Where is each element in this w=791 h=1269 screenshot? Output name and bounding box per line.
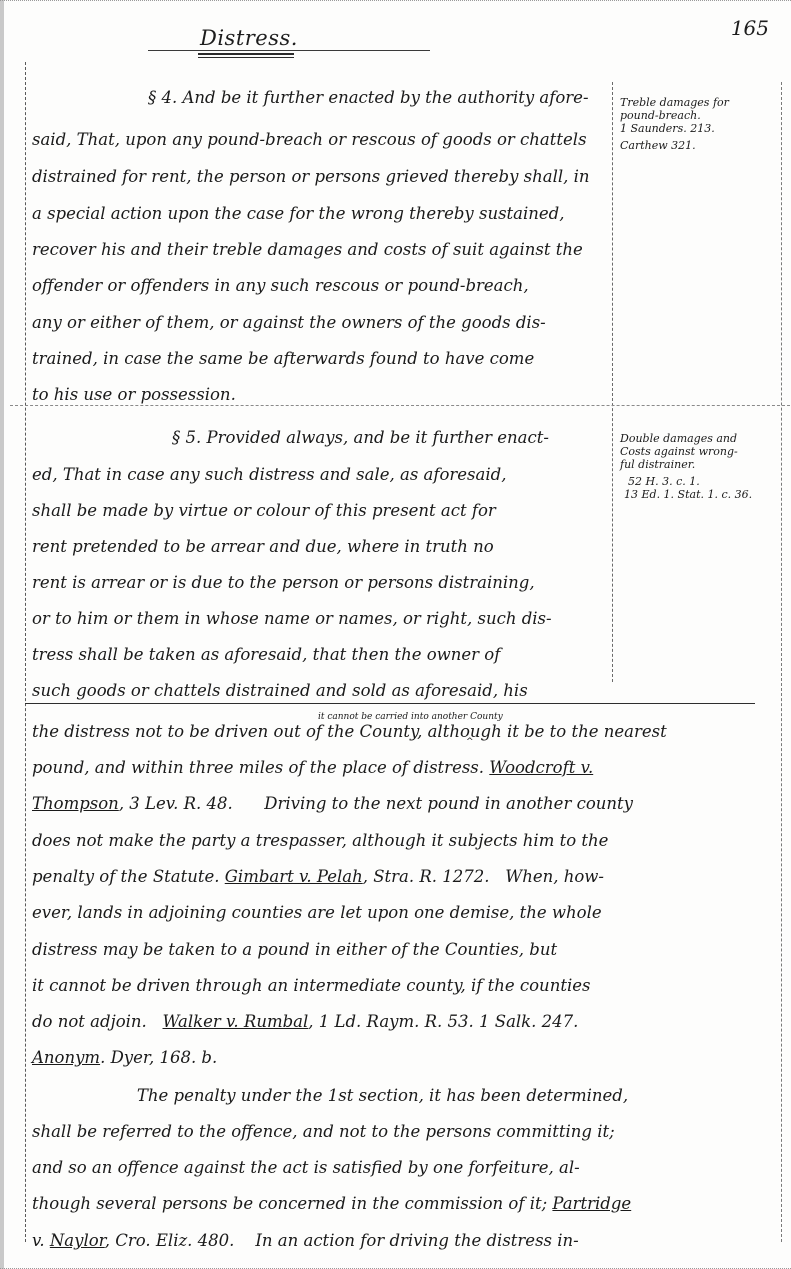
commentary-line: v. Naylor, Cro. Eliz. 480. In an action … bbox=[32, 1231, 579, 1250]
section-4-line: trained, in case the same be afterwards … bbox=[32, 349, 534, 368]
commentary-line: does not make the party a trespasser, al… bbox=[32, 831, 608, 850]
text-run: ever, lands in adjoining counties are le… bbox=[32, 903, 602, 922]
commentary-line: the distress not to be driven out of the… bbox=[32, 722, 667, 741]
commentary-line: penalty of the Statute. Gimbart v. Pelah… bbox=[32, 867, 604, 886]
section-5-line: such goods or chattels distrained and so… bbox=[32, 681, 528, 700]
page-number: 165 bbox=[731, 16, 769, 40]
text-run: it cannot be driven through an intermedi… bbox=[32, 976, 590, 995]
section-4-line: to his use or possession. bbox=[32, 385, 236, 404]
section-5-line: or to him or them in whose name or names… bbox=[32, 609, 552, 628]
commentary-line: Thompson, 3 Lev. R. 48. Driving to the n… bbox=[32, 794, 633, 813]
margin-note-section-4: Treble damages for pound-breach. 1 Saund… bbox=[620, 96, 729, 152]
commentary-separator bbox=[25, 703, 755, 704]
scan-edge-left bbox=[0, 0, 4, 1269]
section-5-line: rent is arrear or is due to the person o… bbox=[32, 573, 535, 592]
section-4-line: § 4. And be it further enacted by the au… bbox=[148, 88, 589, 107]
margin-note-line: Costs against wrong- bbox=[620, 445, 752, 458]
text-run: does not make the party a trespasser, al… bbox=[32, 831, 608, 850]
section-5-line: rent pretended to be arrear and due, whe… bbox=[32, 537, 494, 556]
section-4-line: distrained for rent, the person or perso… bbox=[32, 167, 590, 186]
title-underline bbox=[198, 53, 294, 58]
commentary-line: pound, and within three miles of the pla… bbox=[32, 758, 593, 777]
scan-edge-bottom bbox=[0, 1265, 791, 1269]
commentary-line: Anonym. Dyer, 168. b. bbox=[32, 1048, 217, 1067]
case-citation: Walker v. Rumbal bbox=[163, 1012, 309, 1031]
margin-note-line: Treble damages for bbox=[620, 96, 729, 109]
section-separator bbox=[10, 405, 790, 406]
case-citation: Woodcroft v. bbox=[489, 758, 593, 777]
commentary-line: and so an offence against the act is sat… bbox=[32, 1158, 580, 1177]
section-4-line: said, That, upon any pound-breach or res… bbox=[32, 130, 587, 149]
section-4-line: offender or offenders in any such rescou… bbox=[32, 276, 529, 295]
margin-note-line: 52 H. 3. c. 1. bbox=[620, 475, 752, 488]
margin-note-line: Carthew 321. bbox=[620, 139, 729, 152]
margin-note-line: 13 Ed. 1. Stat. 1. c. 36. bbox=[620, 488, 752, 501]
text-run: v. bbox=[32, 1231, 50, 1250]
text-run: though several persons be concerned in t… bbox=[32, 1194, 552, 1213]
case-citation: Partridge bbox=[552, 1194, 631, 1213]
text-run: , 3 Lev. R. 48. Driving to the next poun… bbox=[119, 794, 633, 813]
case-citation: Gimbart v. Pelah bbox=[225, 867, 363, 886]
commentary-line: The penalty under the 1st section, it ha… bbox=[32, 1086, 628, 1105]
section-5-line: ed, That in case any such distress and s… bbox=[32, 465, 506, 484]
section-5-line: § 5. Provided always, and be it further … bbox=[172, 428, 549, 447]
text-run: the distress not to be driven out of the… bbox=[32, 722, 667, 741]
text-run: . Dyer, 168. b. bbox=[100, 1048, 217, 1067]
commentary-line: shall be referred to the offence, and no… bbox=[32, 1122, 615, 1141]
commentary-line: though several persons be concerned in t… bbox=[32, 1194, 631, 1213]
text-run: , Stra. R. 1272. When, how- bbox=[363, 867, 604, 886]
margin-note-line: 1 Saunders. 213. bbox=[620, 122, 729, 135]
text-run: shall be referred to the offence, and no… bbox=[32, 1122, 615, 1141]
section-4-line: recover his and their treble damages and… bbox=[32, 240, 583, 259]
text-run: , 1 Ld. Raym. R. 53. 1 Salk. 247. bbox=[308, 1012, 578, 1031]
case-citation: Naylor bbox=[50, 1231, 105, 1250]
text-run: and so an offence against the act is sat… bbox=[32, 1158, 580, 1177]
margin-note-line: Double damages and bbox=[620, 432, 752, 445]
section-5-line: tress shall be taken as aforesaid, that … bbox=[32, 645, 500, 664]
section-4-line: a special action upon the case for the w… bbox=[32, 204, 565, 223]
interlinear-insertion: it cannot be carried into another County bbox=[318, 712, 503, 722]
case-citation: Anonym bbox=[32, 1048, 100, 1067]
margin-note-section-5: Double damages and Costs against wrong- … bbox=[620, 432, 752, 501]
margin-note-line: ful distrainer. bbox=[620, 458, 752, 471]
commentary-line: it cannot be driven through an intermedi… bbox=[32, 976, 590, 995]
text-run: The penalty under the 1st section, it ha… bbox=[32, 1086, 628, 1105]
margin-note-line: pound-breach. bbox=[620, 109, 729, 122]
text-run: penalty of the Statute. bbox=[32, 867, 225, 886]
manuscript-page: Distress. 165 § 4. And be it further ena… bbox=[0, 0, 791, 1269]
scan-edge-top bbox=[0, 0, 791, 4]
commentary-line: distress may be taken to a pound in eith… bbox=[32, 940, 557, 959]
text-run: , Cro. Eliz. 480. In an action for drivi… bbox=[105, 1231, 579, 1250]
margin-column-rule bbox=[612, 82, 613, 682]
case-citation: Thompson bbox=[32, 794, 119, 813]
commentary-line: ever, lands in adjoining counties are le… bbox=[32, 903, 602, 922]
section-5-line: shall be made by virtue or colour of thi… bbox=[32, 501, 496, 520]
text-run: do not adjoin. bbox=[32, 1012, 163, 1031]
text-run: distress may be taken to a pound in eith… bbox=[32, 940, 557, 959]
frame-left-rule bbox=[25, 62, 26, 1242]
commentary-line: do not adjoin. Walker v. Rumbal, 1 Ld. R… bbox=[32, 1012, 578, 1031]
frame-right-rule bbox=[781, 82, 782, 1242]
section-4-line: any or either of them, or against the ow… bbox=[32, 313, 546, 332]
text-run: pound, and within three miles of the pla… bbox=[32, 758, 489, 777]
page-title: Distress. bbox=[200, 26, 298, 50]
title-rule bbox=[148, 50, 430, 51]
